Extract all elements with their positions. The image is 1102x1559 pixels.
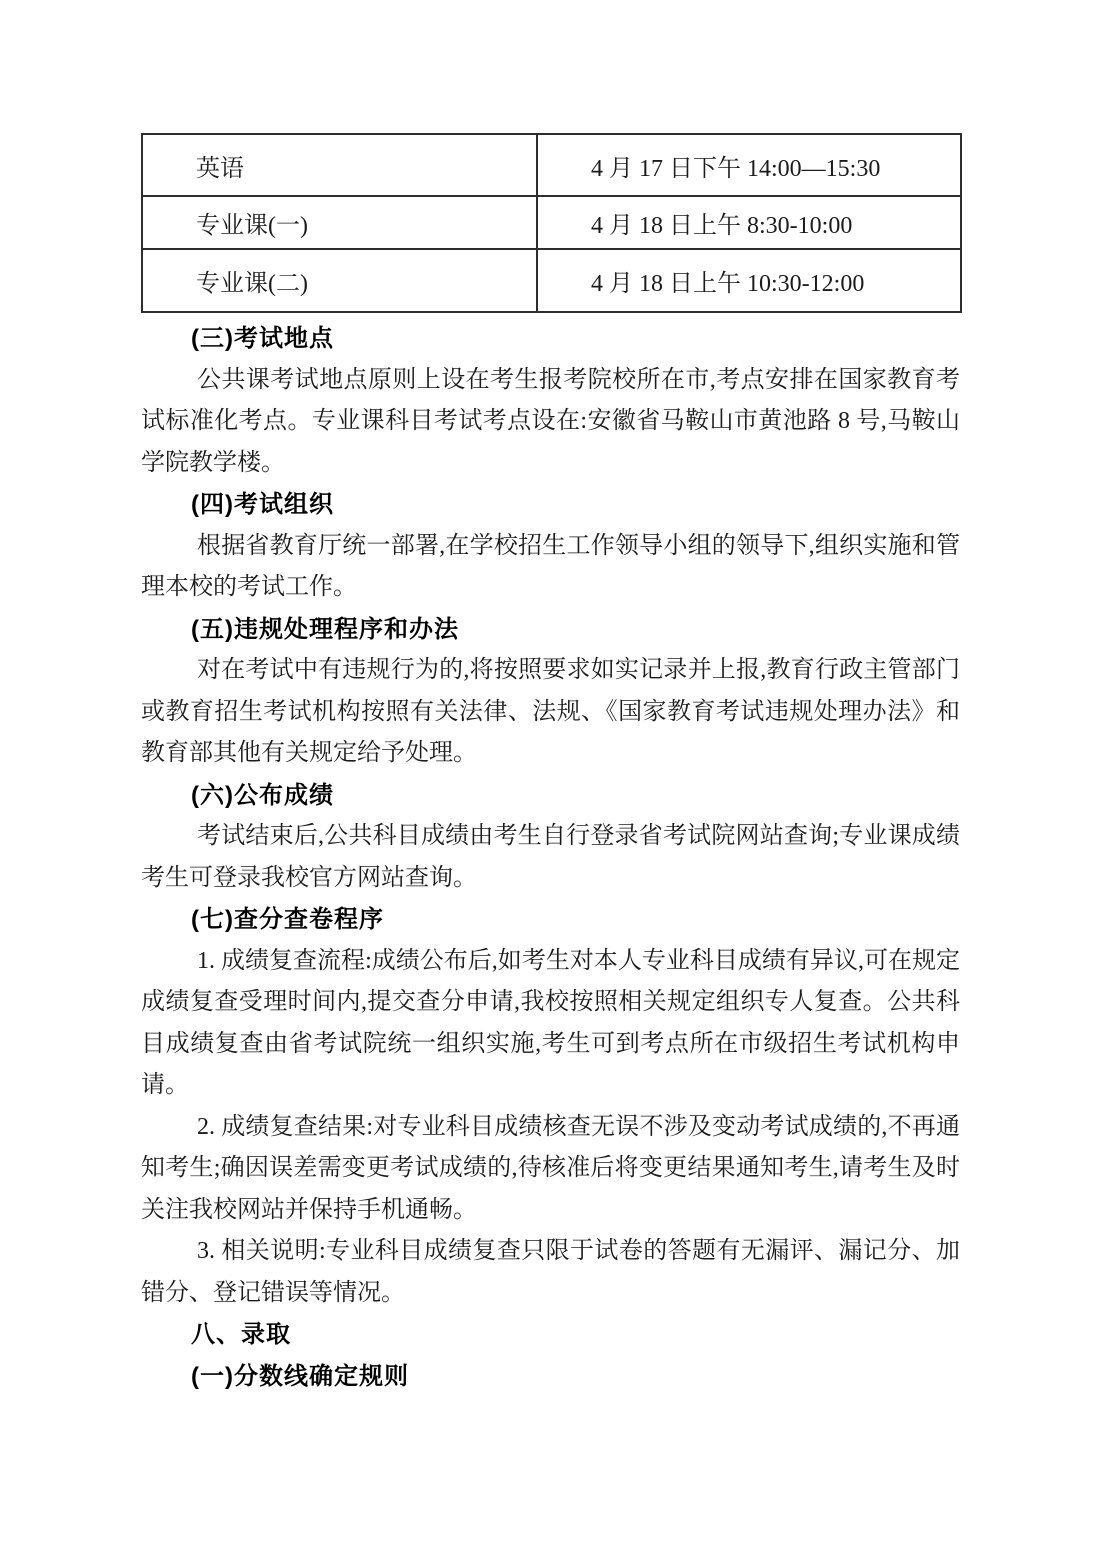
paragraph-review-notes: 3. 相关说明:专业科目成绩复查只限于试卷的答题有无漏评、漏记分、加错分、登记错… bbox=[141, 1231, 960, 1314]
paragraph: 公共课考试地点原则上设在考生报考院校所在市,考点安排在国家教育考试标准化考点。专… bbox=[141, 360, 960, 485]
chapter-heading-admission: 八、录取 bbox=[141, 1314, 960, 1356]
table-row: 专业课(二) 4 月 18 日上午 10:30-12:00 bbox=[142, 249, 961, 312]
section-heading-exam-organization: (四)考试组织 bbox=[141, 484, 960, 526]
paragraph: 对在考试中有违规行为的,将按照要求如实记录并上报,教育行政主管部门或教育招生考试… bbox=[141, 650, 960, 775]
section-heading-score-publication: (六)公布成绩 bbox=[141, 775, 960, 817]
document-content-area: 英语 4 月 17 日下午 14:00—15:30 专业课(一) 4 月 18 … bbox=[141, 133, 960, 1397]
exam-schedule-table: 英语 4 月 17 日下午 14:00—15:30 专业课(一) 4 月 18 … bbox=[141, 133, 962, 313]
time-cell: 4 月 17 日下午 14:00—15:30 bbox=[537, 134, 961, 196]
table-row: 专业课(一) 4 月 18 日上午 8:30-10:00 bbox=[142, 196, 961, 249]
paragraph: 考试结束后,公共科目成绩由考生自行登录省考试院网站查询;专业课成绩考生可登录我校… bbox=[141, 816, 960, 899]
section-heading-score-line-rules: (一)分数线确定规则 bbox=[141, 1356, 960, 1398]
document-body: (三)考试地点 公共课考试地点原则上设在考生报考院校所在市,考点安排在国家教育考… bbox=[141, 318, 960, 1397]
subject-cell: 英语 bbox=[142, 134, 537, 196]
time-cell: 4 月 18 日上午 8:30-10:00 bbox=[537, 196, 961, 249]
time-cell: 4 月 18 日上午 10:30-12:00 bbox=[537, 249, 961, 312]
table-row: 英语 4 月 17 日下午 14:00—15:30 bbox=[142, 134, 961, 196]
paragraph-review-process: 1. 成绩复查流程:成绩公布后,如考生对本人专业科目成绩有异议,可在规定成绩复查… bbox=[141, 941, 960, 1107]
section-heading-exam-location: (三)考试地点 bbox=[141, 318, 960, 360]
paragraph: 根据省教育厅统一部署,在学校招生工作领导小组的领导下,组织实施和管理本校的考试工… bbox=[141, 526, 960, 609]
section-heading-violation-handling: (五)违规处理程序和办法 bbox=[141, 609, 960, 651]
section-heading-score-review-procedure: (七)查分查卷程序 bbox=[141, 899, 960, 941]
subject-cell: 专业课(一) bbox=[142, 196, 537, 249]
subject-cell: 专业课(二) bbox=[142, 249, 537, 312]
document-page: 英语 4 月 17 日下午 14:00—15:30 专业课(一) 4 月 18 … bbox=[0, 0, 1102, 1559]
paragraph-review-result: 2. 成绩复查结果:对专业科目成绩核查无误不涉及变动考试成绩的,不再通知考生;确… bbox=[141, 1107, 960, 1232]
